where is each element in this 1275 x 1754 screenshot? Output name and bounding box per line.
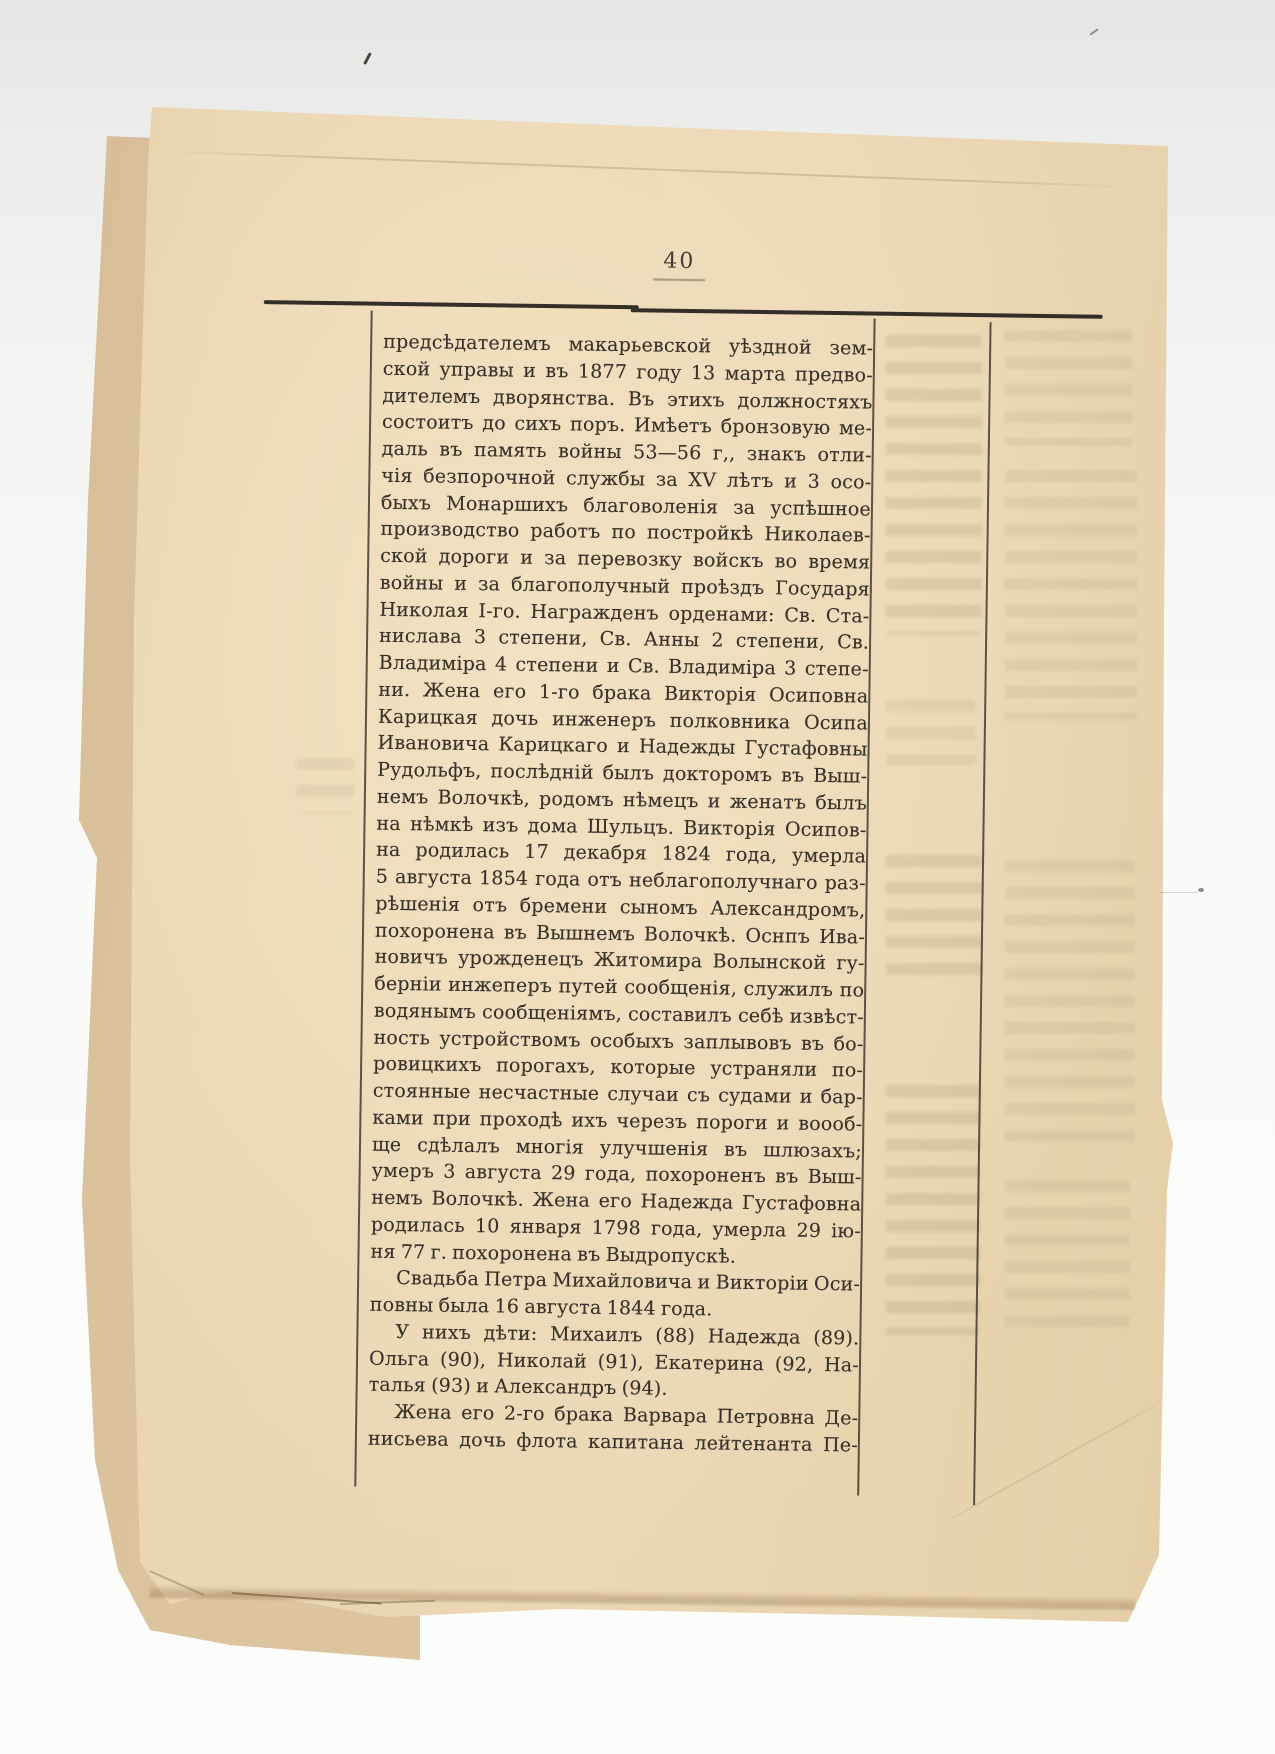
- printed-content: 40 предсѣдателемъ макарьевской уѣздной з…: [242, 215, 1120, 1527]
- header-rule-left-segment: [264, 300, 639, 309]
- body-text-column: предсѣдателемъ макарьевской уѣздной зем-…: [368, 329, 874, 1459]
- page-number-underline: [653, 278, 705, 281]
- scanner-ink-mark: [363, 52, 372, 65]
- column-rule-right-outer: [973, 322, 992, 1505]
- scanner-scratch: [1160, 892, 1198, 893]
- scanner-fleck: [1198, 888, 1204, 892]
- scanned-book-page: 40 предсѣдателемъ макарьевской уѣздной з…: [0, 0, 1275, 1754]
- header-rule-right-segment: [631, 308, 1103, 319]
- scanner-ink-mark: [1089, 28, 1098, 35]
- page-number: 40: [649, 248, 709, 274]
